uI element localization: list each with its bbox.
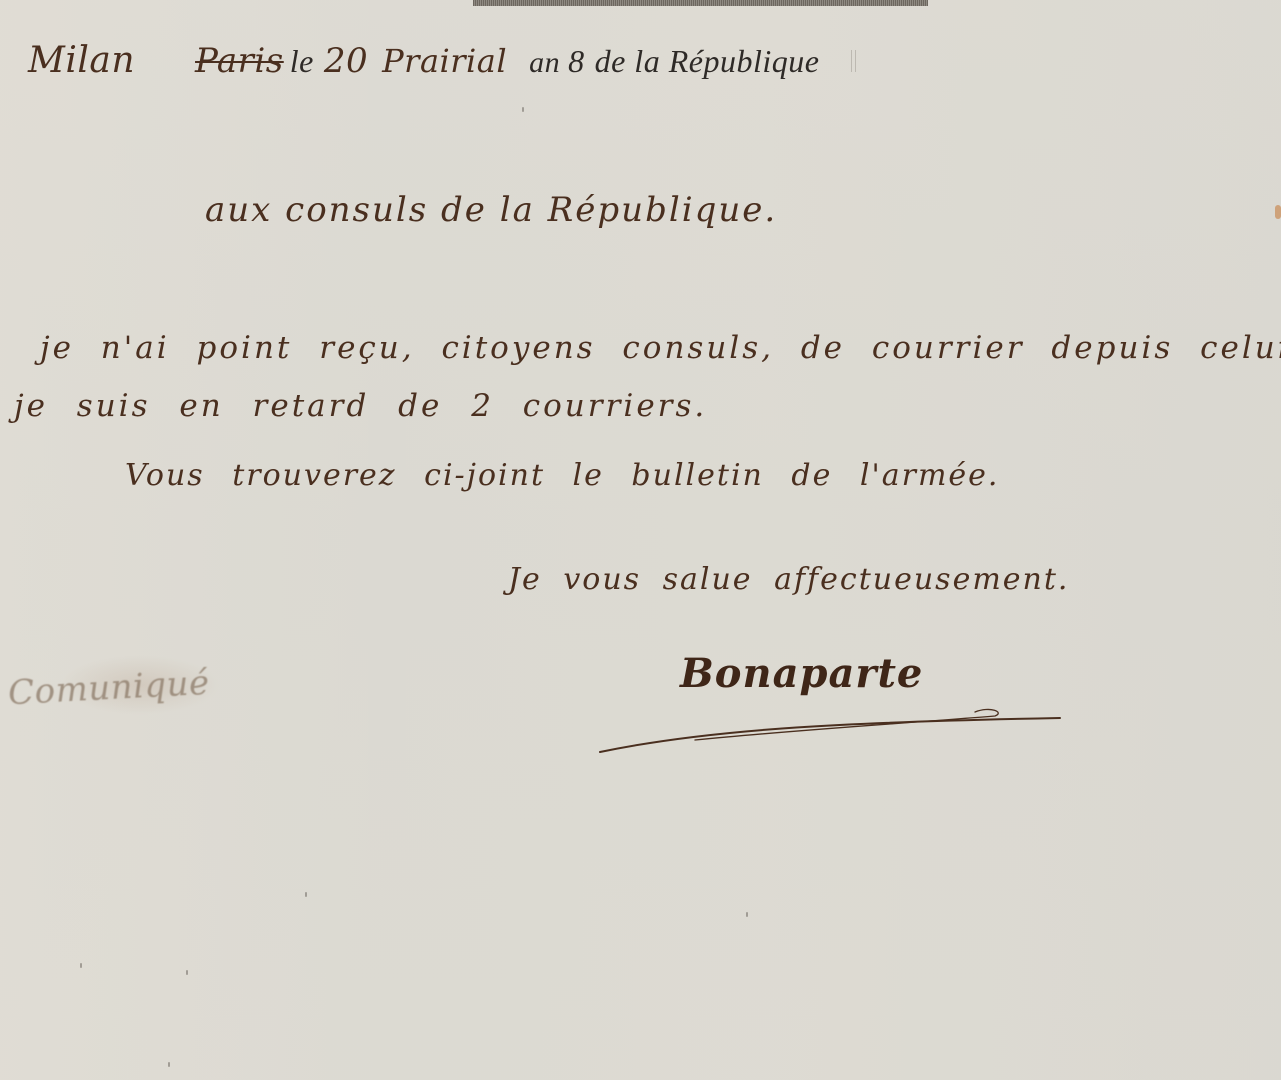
- body-line-3: Vous trouverez ci-joint le bulletin de l…: [125, 458, 999, 493]
- body-line-1: je n'ai point reçu, citoyens consuls, de…: [40, 330, 1281, 366]
- engraved-letterhead-banner: [473, 0, 928, 6]
- date-year: 8: [568, 43, 585, 80]
- paper-mark: [851, 50, 856, 72]
- paper-fleck: [80, 963, 82, 968]
- date-month: Prairial: [382, 42, 507, 80]
- paper-edge-fleck: [1275, 205, 1281, 219]
- place-handwritten: Milan: [28, 40, 135, 81]
- paper-fleck: [522, 107, 524, 112]
- date-republic: de la République: [595, 43, 820, 80]
- date-day: 20: [324, 41, 368, 81]
- date-year-prefix: an: [529, 46, 560, 80]
- place-printed-struck: Paris: [195, 41, 284, 81]
- paper-fleck: [305, 892, 307, 897]
- date-le: le: [290, 43, 314, 80]
- paper-fleck: [186, 970, 188, 975]
- paper-fleck: [746, 912, 748, 917]
- signature-underline-flourish: [595, 708, 1065, 758]
- dateline: Milan Paris le 20 Prairial an 8 de la Ré…: [28, 40, 856, 90]
- addressee: aux consuls de la République.: [205, 190, 777, 230]
- closing-salutation: Je vous salue affectueusement.: [508, 562, 1069, 597]
- letter-page: Milan Paris le 20 Prairial an 8 de la Ré…: [0, 0, 1281, 1080]
- body-line-2: je suis en retard de 2 courriers.: [14, 388, 707, 424]
- signature: Bonaparte: [680, 650, 923, 697]
- paper-fleck: [168, 1062, 170, 1067]
